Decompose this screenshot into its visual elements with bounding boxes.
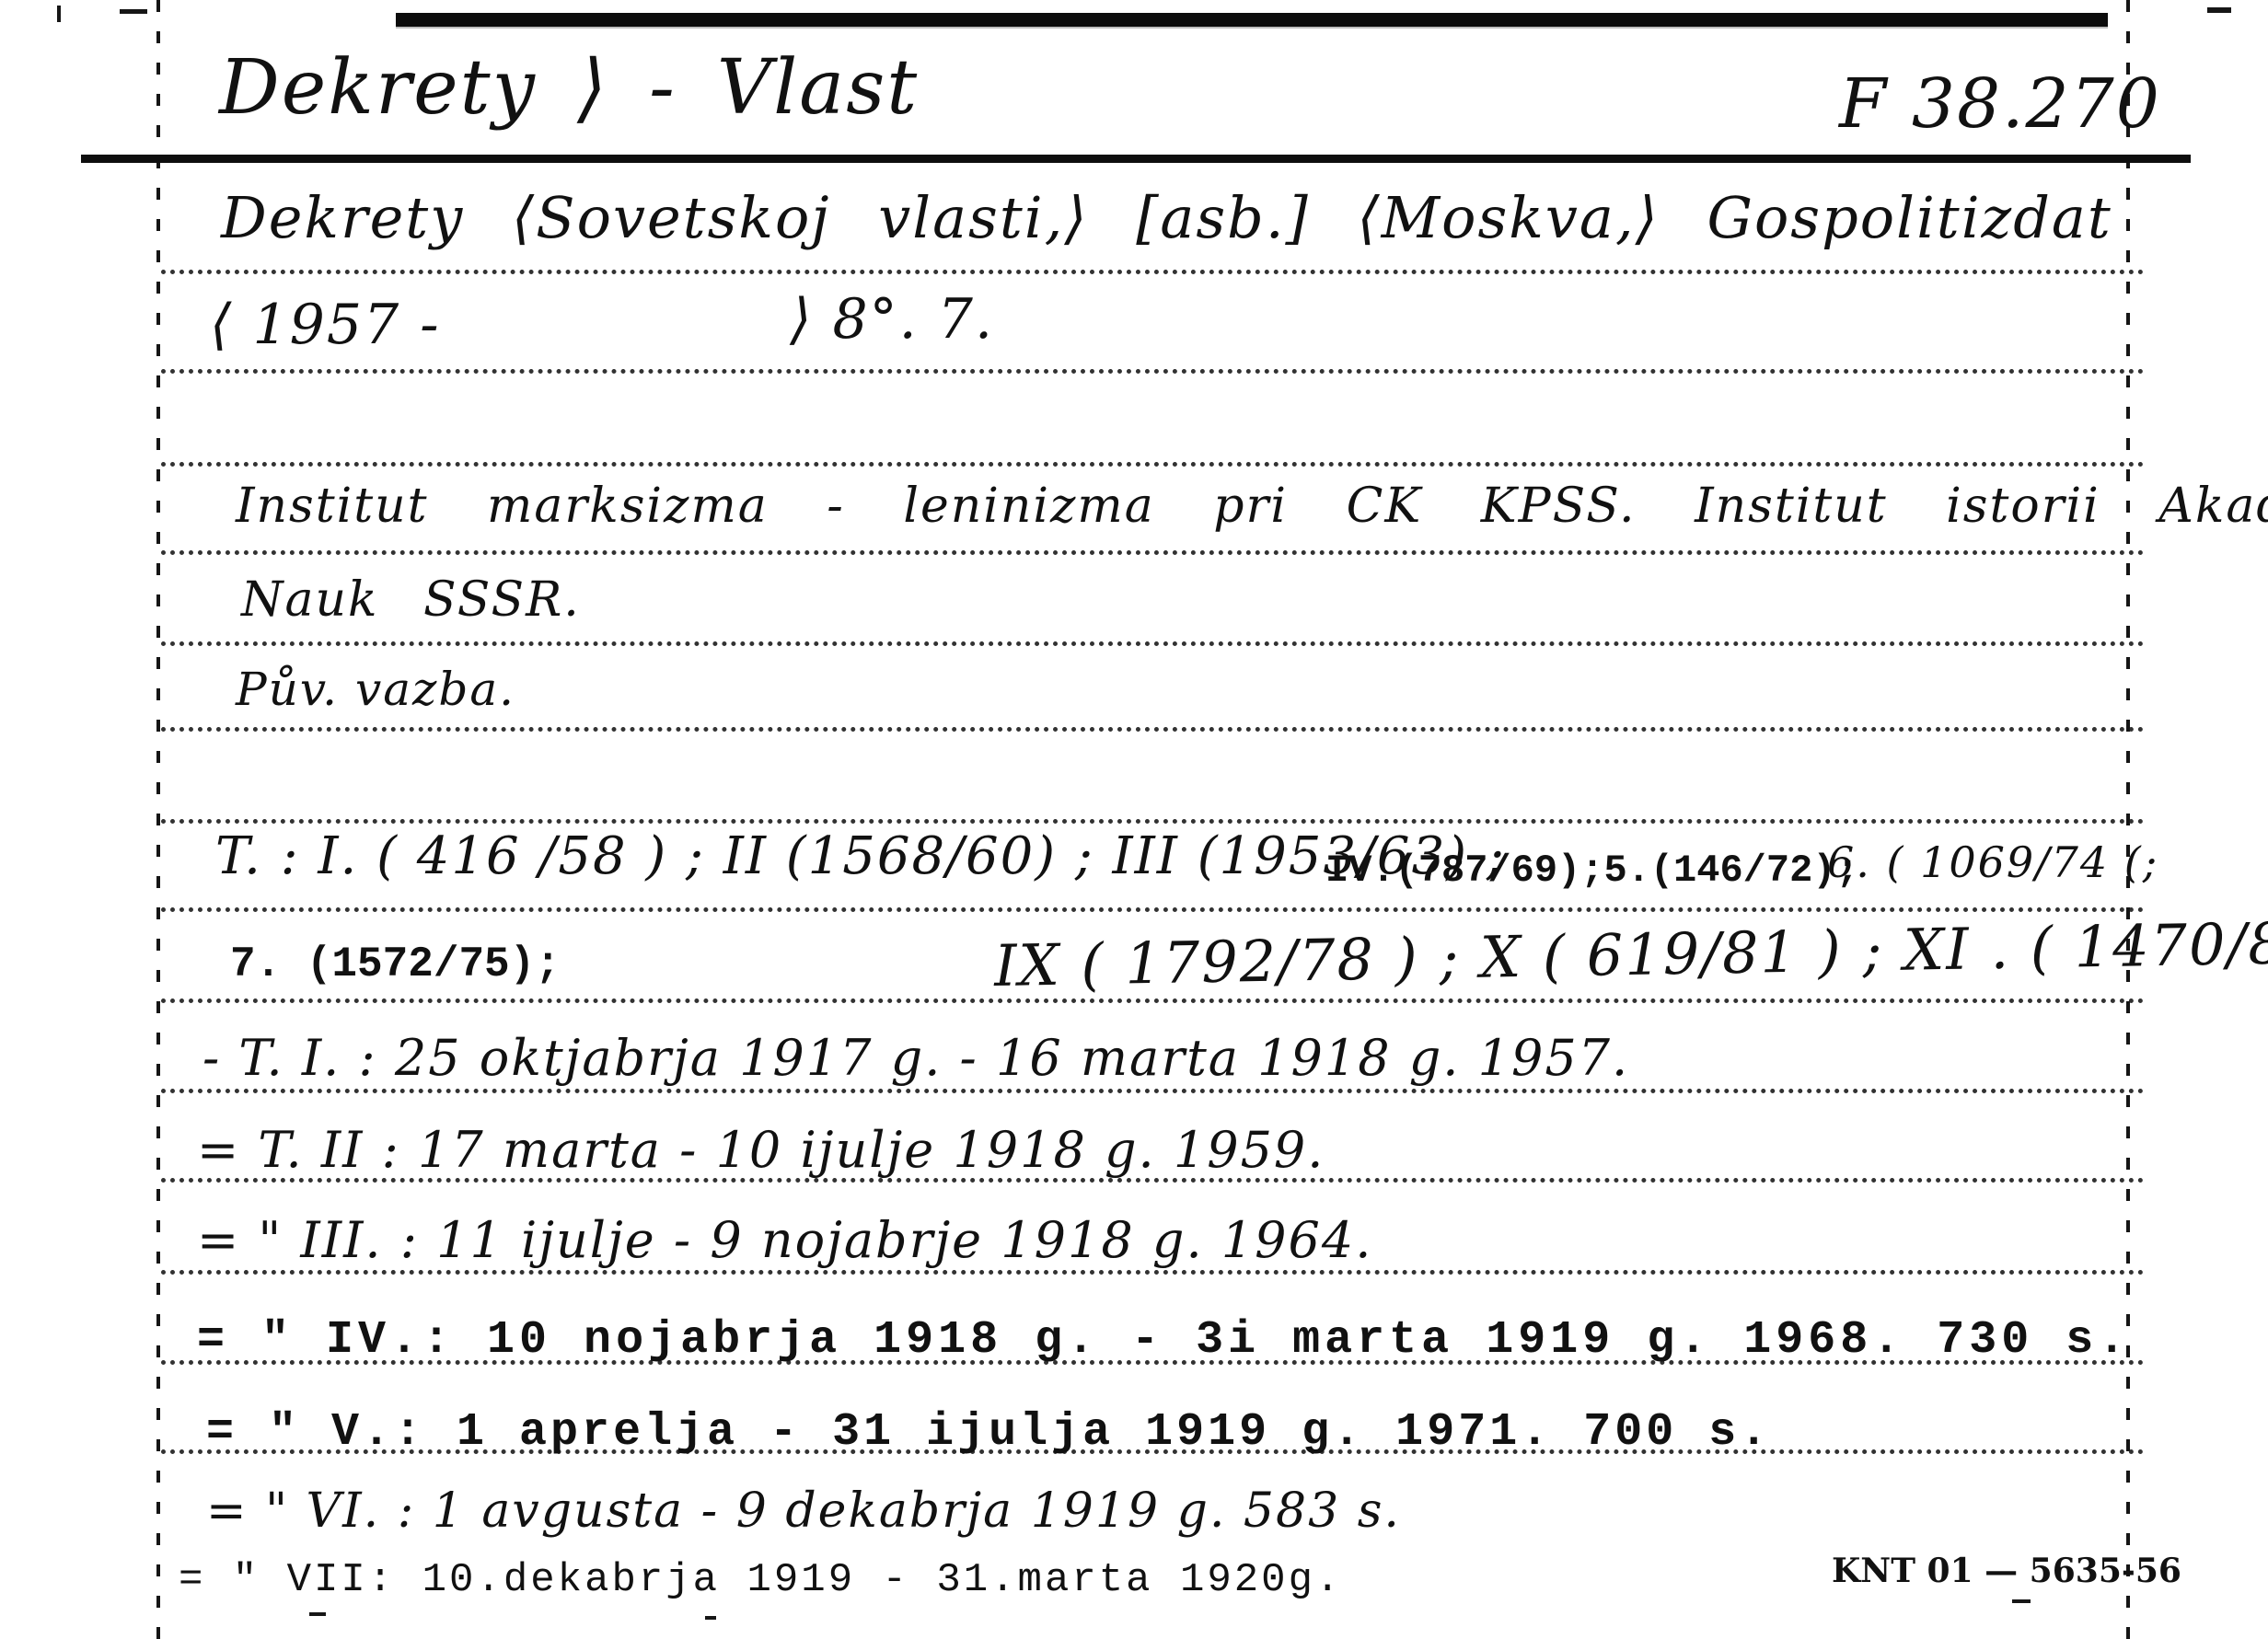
holdings-row1-hand-start: T. : I. ( 416 /58 ) ; II (1568/60) ; III… [215, 826, 1506, 886]
scan-speck [57, 6, 61, 22]
corporate-author-line-2: Nauk SSSR. [241, 572, 581, 628]
card-left-margin-rule [156, 0, 160, 1639]
scan-speck [2207, 7, 2231, 13]
ruled-line [161, 727, 2145, 732]
ruled-line [161, 998, 2145, 1003]
holdings-row1-hand-end: 6. ( 1069/74 (; [1827, 837, 2158, 887]
scan-edge-band [396, 13, 2108, 27]
holdings-row1-typed: IV.(787/69);5.(146/72); [1325, 848, 1859, 893]
title-line: Dekrety ⟨Sovetskoj vlasti,⟩ [asb.] ⟨Mosk… [221, 184, 2112, 251]
corporate-author-line-1: Institut marksizma - leninizma pri CK KP… [236, 479, 2268, 534]
binding-note: Pův. vazba. [236, 663, 515, 716]
imprint-date: ⟨ 1957 - [210, 293, 441, 357]
heading-divider-line [81, 155, 2191, 163]
scan-speck [309, 1612, 326, 1616]
subject-heading: Dekrety ⟩ - Vlast [219, 44, 919, 132]
call-number: F 38.270 [1839, 64, 2161, 144]
volume-entry-5: = " V.: 1 aprelja - 31 ijulja 1919 g. 19… [206, 1406, 1771, 1459]
ruled-line [161, 907, 2145, 912]
ruled-line [161, 550, 2145, 555]
ruled-line [161, 270, 2145, 274]
ruled-line [161, 641, 2145, 646]
holdings-row2-hand: IX ( 1792/78 ) ; X ( 619/81 ) ; XI . ( 1… [993, 908, 2268, 999]
scan-speck [120, 9, 147, 14]
ruled-line [161, 462, 2145, 467]
ruled-line [161, 369, 2145, 374]
catalog-card: Dekrety ⟩ - Vlast F 38.270 Dekrety ⟨Sove… [0, 0, 2268, 1639]
ruled-line [161, 1089, 2145, 1093]
ruled-line [161, 819, 2145, 824]
scan-speck [2012, 1599, 2031, 1603]
holdings-row2-typed: 7. (1572/75); [230, 941, 561, 988]
imprint-format: ⟩ 8°. 7. [790, 287, 994, 352]
volume-entry-1: - T. I. : 25 oktjabrja 1917 g. - 16 mart… [202, 1029, 1629, 1087]
volume-entry-3: = " III. : 11 ijulje - 9 nojabrje 1918 g… [197, 1211, 1372, 1269]
ruled-line [161, 1270, 2145, 1275]
printer-code: KNT 01 — 5635-56 [1832, 1552, 2181, 1590]
scan-speck [705, 1616, 716, 1620]
volume-entry-4: = " IV.: 10 nojabrja 1918 g. - 3i marta … [197, 1314, 2130, 1367]
volume-entry-6: = " VI. : 1 avgusta - 9 dekabrja 1919 g.… [206, 1483, 1401, 1539]
volume-entry-2: = T. II : 17 marta - 10 ijulje 1918 g. 1… [197, 1121, 1325, 1179]
volume-entry-7: = " VII: 10.dekabrja 1919 - 31.marta 192… [179, 1557, 1342, 1603]
